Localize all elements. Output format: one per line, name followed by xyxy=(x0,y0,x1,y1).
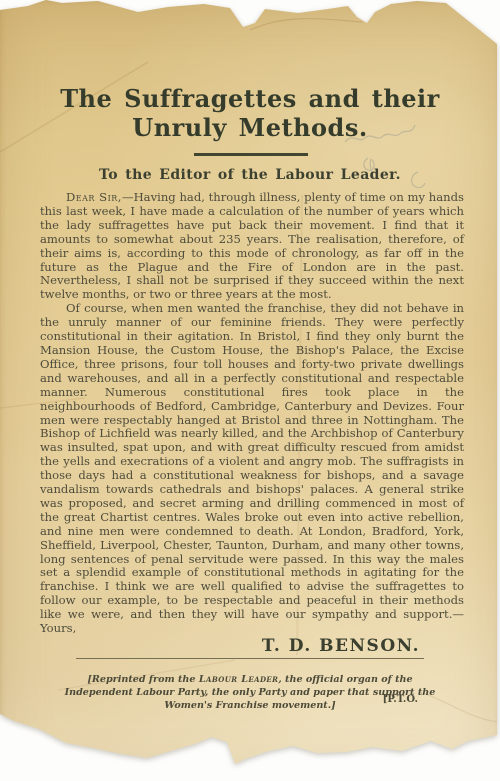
pto-note: [P.T.O. xyxy=(383,694,418,705)
reprint-note: [Reprinted from the Labour Leader, the o… xyxy=(62,673,438,712)
letter-paragraph-1: Dear Sir,—Having had, through illness, p… xyxy=(40,191,464,302)
title-divider xyxy=(194,153,308,156)
leaflet-page: The Suffragettes and their Unruly Method… xyxy=(0,0,500,781)
title-line-2: Unruly Methods. xyxy=(0,113,500,142)
letter-body: Dear Sir,—Having had, through illness, p… xyxy=(40,191,464,636)
footer-divider xyxy=(76,658,424,659)
scan-background: The Suffragettes and their Unruly Method… xyxy=(0,0,500,781)
title-line-1: The Suffragettes and their xyxy=(0,84,500,113)
reprint-paper-name: Labour Leader xyxy=(199,674,279,685)
editor-heading: To the Editor of the Labour Leader. xyxy=(0,167,500,183)
page-title: The Suffragettes and their Unruly Method… xyxy=(0,84,500,142)
paragraph-1-text: —Having had, through illness, plenty of … xyxy=(40,190,464,301)
signature: T. D. BENSON. xyxy=(262,636,420,656)
reprint-note-prefix: [Reprinted from the xyxy=(87,674,199,685)
letter-paragraph-2: Of course, when men wanted the franchise… xyxy=(40,302,464,636)
salutation: Dear Sir, xyxy=(66,190,122,204)
leaflet-page-wrap: The Suffragettes and their Unruly Method… xyxy=(0,0,500,781)
